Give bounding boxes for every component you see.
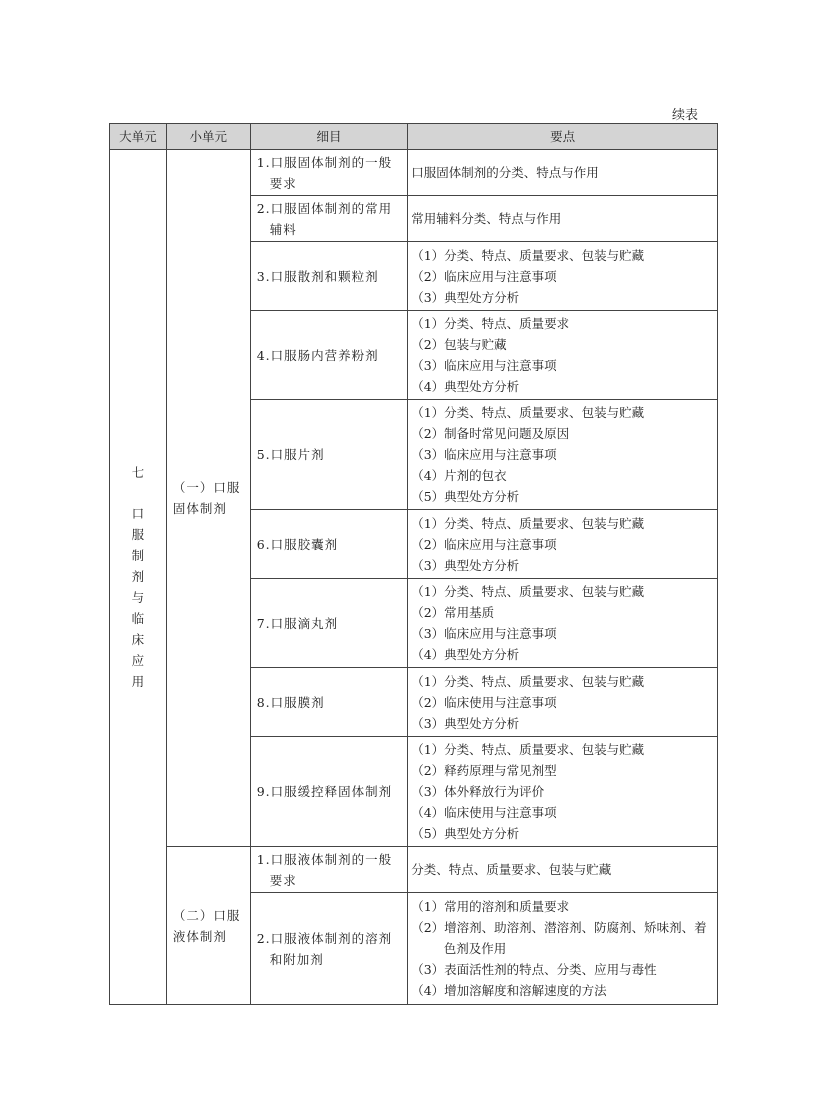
key-point-item: （2）增溶剂、助溶剂、潜溶剂、防腐剂、矫味剂、着色剂及作用 [411, 917, 713, 959]
key-point-item: （4）增加溶解度和溶解速度的方法 [411, 980, 713, 1001]
key-point-item: （1）分类、特点、质量要求、包装与贮藏 [411, 513, 713, 534]
key-point-item: （1）分类、特点、质量要求、包装与贮藏 [411, 671, 713, 692]
key-point-item: （1）分类、特点、质量要求 [411, 313, 713, 334]
key-point-item: （3）临床应用与注意事项 [411, 623, 713, 644]
key-point-item: （2）制备时常见问题及原因 [411, 423, 713, 444]
key-point-item: （3）体外释放行为评价 [411, 781, 713, 802]
table-row: 七口服制剂与临床应用（一）口服固体制剂1.口服固体制剂的一般要求口服固体制剂的分… [110, 150, 718, 196]
detail-cell: 4.口服肠内营养粉剂 [250, 311, 408, 400]
key-point-item: （3）表面活性剂的特点、分类、应用与毒性 [411, 959, 713, 980]
key-points-cell: （1）分类、特点、质量要求、包装与贮藏（2）临床应用与注意事项（3）典型处方分析 [408, 510, 718, 579]
key-point-item: （2）临床应用与注意事项 [411, 534, 713, 555]
major-unit-cell: 七口服制剂与临床应用 [110, 150, 167, 1005]
key-point-item: （1）分类、特点、质量要求、包装与贮藏 [411, 739, 713, 760]
key-points-cell: 口服固体制剂的分类、特点与作用 [408, 150, 718, 196]
key-point-item: （3）典型处方分析 [411, 555, 713, 576]
detail-cell: 7.口服滴丸剂 [250, 579, 408, 668]
detail-text: 9.口服缓控释固体制剂 [257, 781, 404, 802]
key-point-item: （1）分类、特点、质量要求、包装与贮藏 [411, 245, 713, 266]
detail-cell: 8.口服膜剂 [250, 668, 408, 737]
key-points-cell: （1）分类、特点、质量要求、包装与贮藏（2）制备时常见问题及原因（3）临床应用与… [408, 400, 718, 510]
detail-text: 5.口服片剂 [257, 444, 404, 465]
major-unit-number: 七 [131, 462, 145, 483]
key-points-cell: （1）分类、特点、质量要求、包装与贮藏（2）常用基质（3）临床应用与注意事项（4… [408, 579, 718, 668]
detail-text: 8.口服膜剂 [257, 692, 404, 713]
key-point-item: （4）临床使用与注意事项 [411, 802, 713, 823]
detail-text: 1.口服固体制剂的一般要求 [257, 152, 404, 194]
key-point-item: （4）片剂的包衣 [411, 465, 713, 486]
key-point-item: 口服固体制剂的分类、特点与作用 [411, 162, 713, 183]
key-point-item: （1）常用的溶剂和质量要求 [411, 896, 713, 917]
detail-text: 2.口服固体制剂的常用辅料 [257, 198, 404, 240]
key-point-item: （2）临床应用与注意事项 [411, 266, 713, 287]
detail-text: 1.口服液体制剂的一般要求 [257, 849, 404, 891]
detail-text: 3.口服散剂和颗粒剂 [257, 266, 404, 287]
detail-cell: 2.口服固体制剂的常用辅料 [250, 196, 408, 242]
detail-cell: 6.口服胶囊剂 [250, 510, 408, 579]
major-unit-title: 口服制剂与临床应用 [132, 506, 145, 689]
detail-cell: 5.口服片剂 [250, 400, 408, 510]
header-sub-unit: 小单元 [166, 124, 250, 150]
syllabus-table: 大单元 小单元 细目 要点 七口服制剂与临床应用（一）口服固体制剂1.口服固体制… [109, 123, 718, 1005]
header-major-unit: 大单元 [110, 124, 167, 150]
key-points-cell: （1）分类、特点、质量要求、包装与贮藏（2）临床使用与注意事项（3）典型处方分析 [408, 668, 718, 737]
sub-unit-cell: （一）口服固体制剂 [166, 150, 250, 847]
key-points-cell: （1）常用的溶剂和质量要求（2）增溶剂、助溶剂、潜溶剂、防腐剂、矫味剂、着色剂及… [408, 893, 718, 1005]
key-point-item: （2）常用基质 [411, 602, 713, 623]
key-point-item: （4）典型处方分析 [411, 376, 713, 397]
table-row: （二）口服液体制剂1.口服液体制剂的一般要求分类、特点、质量要求、包装与贮藏 [110, 847, 718, 893]
key-point-item: （3）临床应用与注意事项 [411, 444, 713, 465]
header-row: 大单元 小单元 细目 要点 [110, 124, 718, 150]
key-points-cell: 常用辅料分类、特点与作用 [408, 196, 718, 242]
key-point-item: （3）典型处方分析 [411, 287, 713, 308]
key-points-cell: （1）分类、特点、质量要求、包装与贮藏（2）释药原理与常见剂型（3）体外释放行为… [408, 737, 718, 847]
detail-text: 4.口服肠内营养粉剂 [257, 345, 404, 366]
detail-cell: 9.口服缓控释固体制剂 [250, 737, 408, 847]
detail-cell: 2.口服液体制剂的溶剂和附加剂 [250, 893, 408, 1005]
sub-unit-cell: （二）口服液体制剂 [166, 847, 250, 1005]
continued-table-label: 续表 [672, 104, 698, 123]
key-points-cell: （1）分类、特点、质量要求（2）包装与贮藏（3）临床应用与注意事项（4）典型处方… [408, 311, 718, 400]
header-detail: 细目 [250, 124, 408, 150]
header-key-points: 要点 [408, 124, 718, 150]
key-point-item: 常用辅料分类、特点与作用 [411, 208, 713, 229]
detail-cell: 3.口服散剂和颗粒剂 [250, 242, 408, 311]
key-point-item: （1）分类、特点、质量要求、包装与贮藏 [411, 581, 713, 602]
key-point-item: （5）典型处方分析 [411, 823, 713, 844]
key-point-item: 分类、特点、质量要求、包装与贮藏 [411, 859, 713, 880]
key-points-cell: 分类、特点、质量要求、包装与贮藏 [408, 847, 718, 893]
detail-cell: 1.口服液体制剂的一般要求 [250, 847, 408, 893]
key-points-cell: （1）分类、特点、质量要求、包装与贮藏（2）临床应用与注意事项（3）典型处方分析 [408, 242, 718, 311]
detail-text: 2.口服液体制剂的溶剂和附加剂 [257, 928, 404, 970]
key-point-item: （3）临床应用与注意事项 [411, 355, 713, 376]
detail-text: 7.口服滴丸剂 [257, 613, 404, 634]
key-point-item: （2）临床使用与注意事项 [411, 692, 713, 713]
key-point-item: （5）典型处方分析 [411, 486, 713, 507]
key-point-item: （1）分类、特点、质量要求、包装与贮藏 [411, 402, 713, 423]
key-point-item: （4）典型处方分析 [411, 644, 713, 665]
key-point-item: （3）典型处方分析 [411, 713, 713, 734]
detail-cell: 1.口服固体制剂的一般要求 [250, 150, 408, 196]
detail-text: 6.口服胶囊剂 [257, 534, 404, 555]
key-point-item: （2）释药原理与常见剂型 [411, 760, 713, 781]
key-point-item: （2）包装与贮藏 [411, 334, 713, 355]
